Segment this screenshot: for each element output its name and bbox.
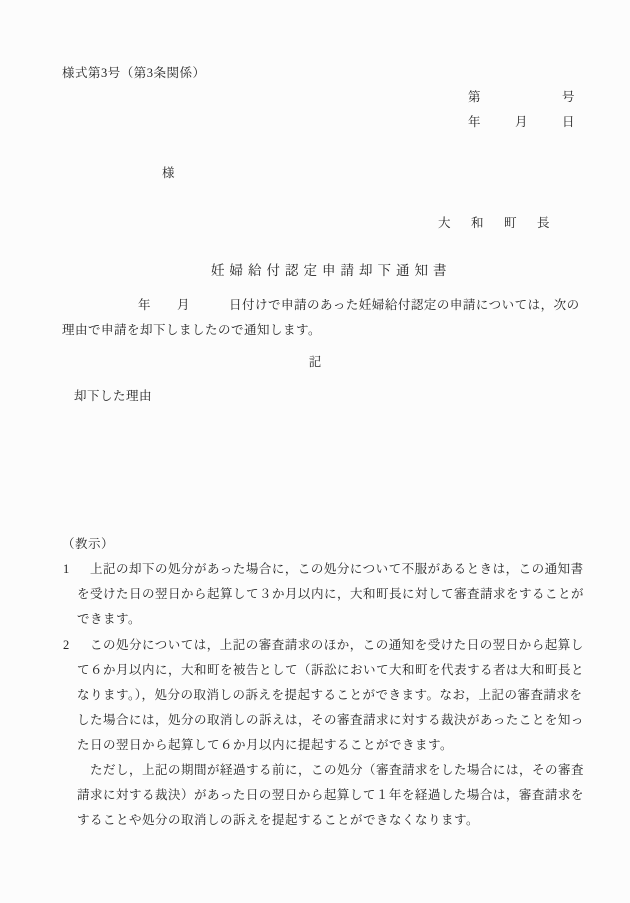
body-line-2: 理由で申請を却下しましたので通知します。 — [62, 324, 321, 338]
notice-item-2-line-2: て６か月以内に，大和町を被告として（訴訟において大和町を代表する者は大和町長と — [77, 664, 584, 678]
issuer-name: 大和町長 — [438, 217, 570, 231]
notice-heading: （教示） — [62, 538, 114, 552]
record-marker: 記 — [0, 356, 630, 370]
notice-item-2-line-6: ただし，上記の期間が経過する前に，この処分（審査請求をした場合には，その審査 — [90, 764, 584, 778]
document-title: 妊婦給付認定申請却下通知書 — [211, 264, 452, 279]
doc-number-line: 第 号 — [468, 91, 575, 105]
notice-item-1-line-1: 上記の却下の処分があった場合に，この処分について不服があるときは，この通知書 — [90, 563, 584, 577]
notice-item-1-number: 1 — [63, 563, 70, 577]
notice-item-2-line-4: した場合には，処分の取消しの訴えは，その審査請求に対する裁決があったことを知っ — [77, 714, 584, 728]
notice-item-2-line-8: することや処分の取消しの訴えを提起することができなくなります。 — [77, 814, 479, 828]
document-page: 様式第3号（第3条関係） 第 号 年 月 日 様 大和町長 妊婦給付認定申請却下… — [0, 0, 630, 903]
notice-item-2-line-1: この処分については，上記の審査請求のほか，この通知を受けた日の翌日から起算し — [90, 639, 584, 653]
notice-item-2-number: 2 — [63, 639, 70, 653]
doc-number-suffix: 号 — [562, 91, 575, 105]
date-day-label: 日 — [562, 116, 575, 130]
date-line: 年 月 日 — [468, 116, 575, 130]
notice-item-2-line-3: なります。），処分の取消しの訴えを提起することができます。なお，上記の審査請求を — [77, 689, 583, 703]
body-line-1: 年 月 日付けで申請のあった妊婦給付認定の申請については，次の — [138, 299, 580, 313]
notice-item-2-line-7: 請求に対する裁決）があった日の翌日から起算して１年を経過した場合は，審査請求を — [77, 789, 584, 803]
notice-item-1-line-2: を受けた日の翌日から起算して３か月以内に，大和町長に対して審査請求をすることが — [77, 588, 584, 602]
date-year-label: 年 — [468, 116, 481, 130]
doc-number-prefix: 第 — [468, 91, 481, 105]
notice-item-1-line-3: できます。 — [77, 613, 141, 627]
addressee-suffix: 様 — [162, 167, 175, 181]
date-month-label: 月 — [515, 116, 528, 130]
notice-item-2-line-5: た日の翌日から起算して６か月以内に提起することができます。 — [77, 739, 453, 753]
form-note: 様式第3号（第3条関係） — [62, 67, 206, 81]
rejection-reason-label: 却下した理由 — [74, 390, 152, 404]
